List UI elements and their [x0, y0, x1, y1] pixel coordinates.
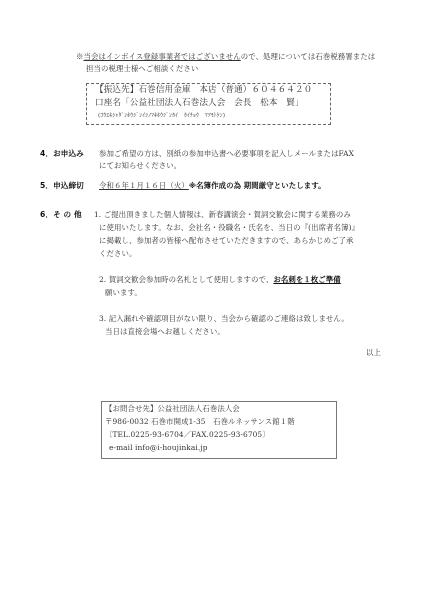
item2-bold: お名刺を１枚ご準備: [273, 275, 340, 284]
section-4-text-line1: 参加ご希望の方は、別紙の参加申込書へ必要事項を記入しメールまたはFAX: [99, 148, 354, 159]
item2-text: 2. 賀詞交歓会参加時の名札として使用しますので、: [99, 275, 273, 284]
section-6-item3-line2: 当日は直接会場へお越しください。: [105, 326, 225, 337]
section-6-item3-line1: 3. 記入漏れや確認項目がない限り、当会から確認のご連絡は致しません。: [99, 313, 349, 324]
bank-account-name: 口座名「公益社団法人石巻法人会 会長 松本 賢」: [95, 98, 304, 109]
section-4-heading: 4．お申込み: [40, 148, 84, 159]
section-6-item2-line2: 願います。: [105, 287, 142, 298]
invoice-note-line2: 担当の税理士様へご相談ください: [86, 63, 198, 74]
section-6-heading: 6．そ の 他: [40, 209, 82, 220]
section-6-item1-line1: 1. ご提出頂きました個人情報は、新春講演会・賀詞交歓会に関する業務のみ: [94, 209, 351, 220]
deadline-emphasis: ※名簿作成の為 期間厳守といたします。: [189, 181, 326, 190]
deadline-date: 令和６年１月１６日（火）: [99, 181, 189, 190]
contact-phone-fax: 〔TEL.0225-93-6704／FAX.0225-93-6705〕: [105, 429, 270, 440]
bank-account-info: 【振込先】石巻信用金庫 本店（普通）６０４６４２０: [95, 85, 312, 96]
contact-org: 【お問合せ先】公益社団法人石巻法人会: [105, 403, 240, 414]
note-rest: ので、処理については石巻税務署または: [241, 52, 376, 61]
section-6-item1-line3: に掲載し、参加者の皆様へ配布させていただきますので、あらかじめご了承: [99, 235, 354, 246]
section-5-heading: 5．申込締切: [40, 180, 84, 191]
section-6-item1-line4: ください。: [99, 248, 136, 259]
note-prefix: ※: [76, 52, 84, 61]
note-underlined: 当会はインボイス登録事業者ではございません: [84, 52, 241, 61]
contact-address: 〒986-0032 石巻市開成1-35 石巻ルネッサンス館１階: [105, 416, 295, 427]
section-6-item2-line1: 2. 賀詞交歓会参加時の名札として使用しますので、お名刺を１枚ご準備: [99, 274, 341, 285]
section-5-text: 令和６年１月１６日（火）※名簿作成の為 期間厳守といたします。: [99, 180, 326, 191]
bank-account-kana: (ｺｳｴｷｼｬﾀﾞﾝﾎｳｼﾞﾝｲｼﾉﾏｷﾎｳｼﾞﾝｶｲ ｶｲﾁｮｳ ﾏﾂﾓﾄｹﾝ…: [98, 112, 225, 120]
contact-email[interactable]: e-mail info@i-houjinkai.jp: [109, 442, 208, 453]
section-4-text-line2: にてお知らせください。: [99, 160, 181, 171]
closing-mark: 以上: [366, 347, 381, 358]
section-6-item1-line2: に使用いたします。なお、会社名・役職名・氏名を、当日の『(出席者名簿)』: [99, 222, 359, 233]
invoice-note: ※当会はインボイス登録事業者ではございませんので、処理については石巻税務署または: [76, 51, 375, 62]
